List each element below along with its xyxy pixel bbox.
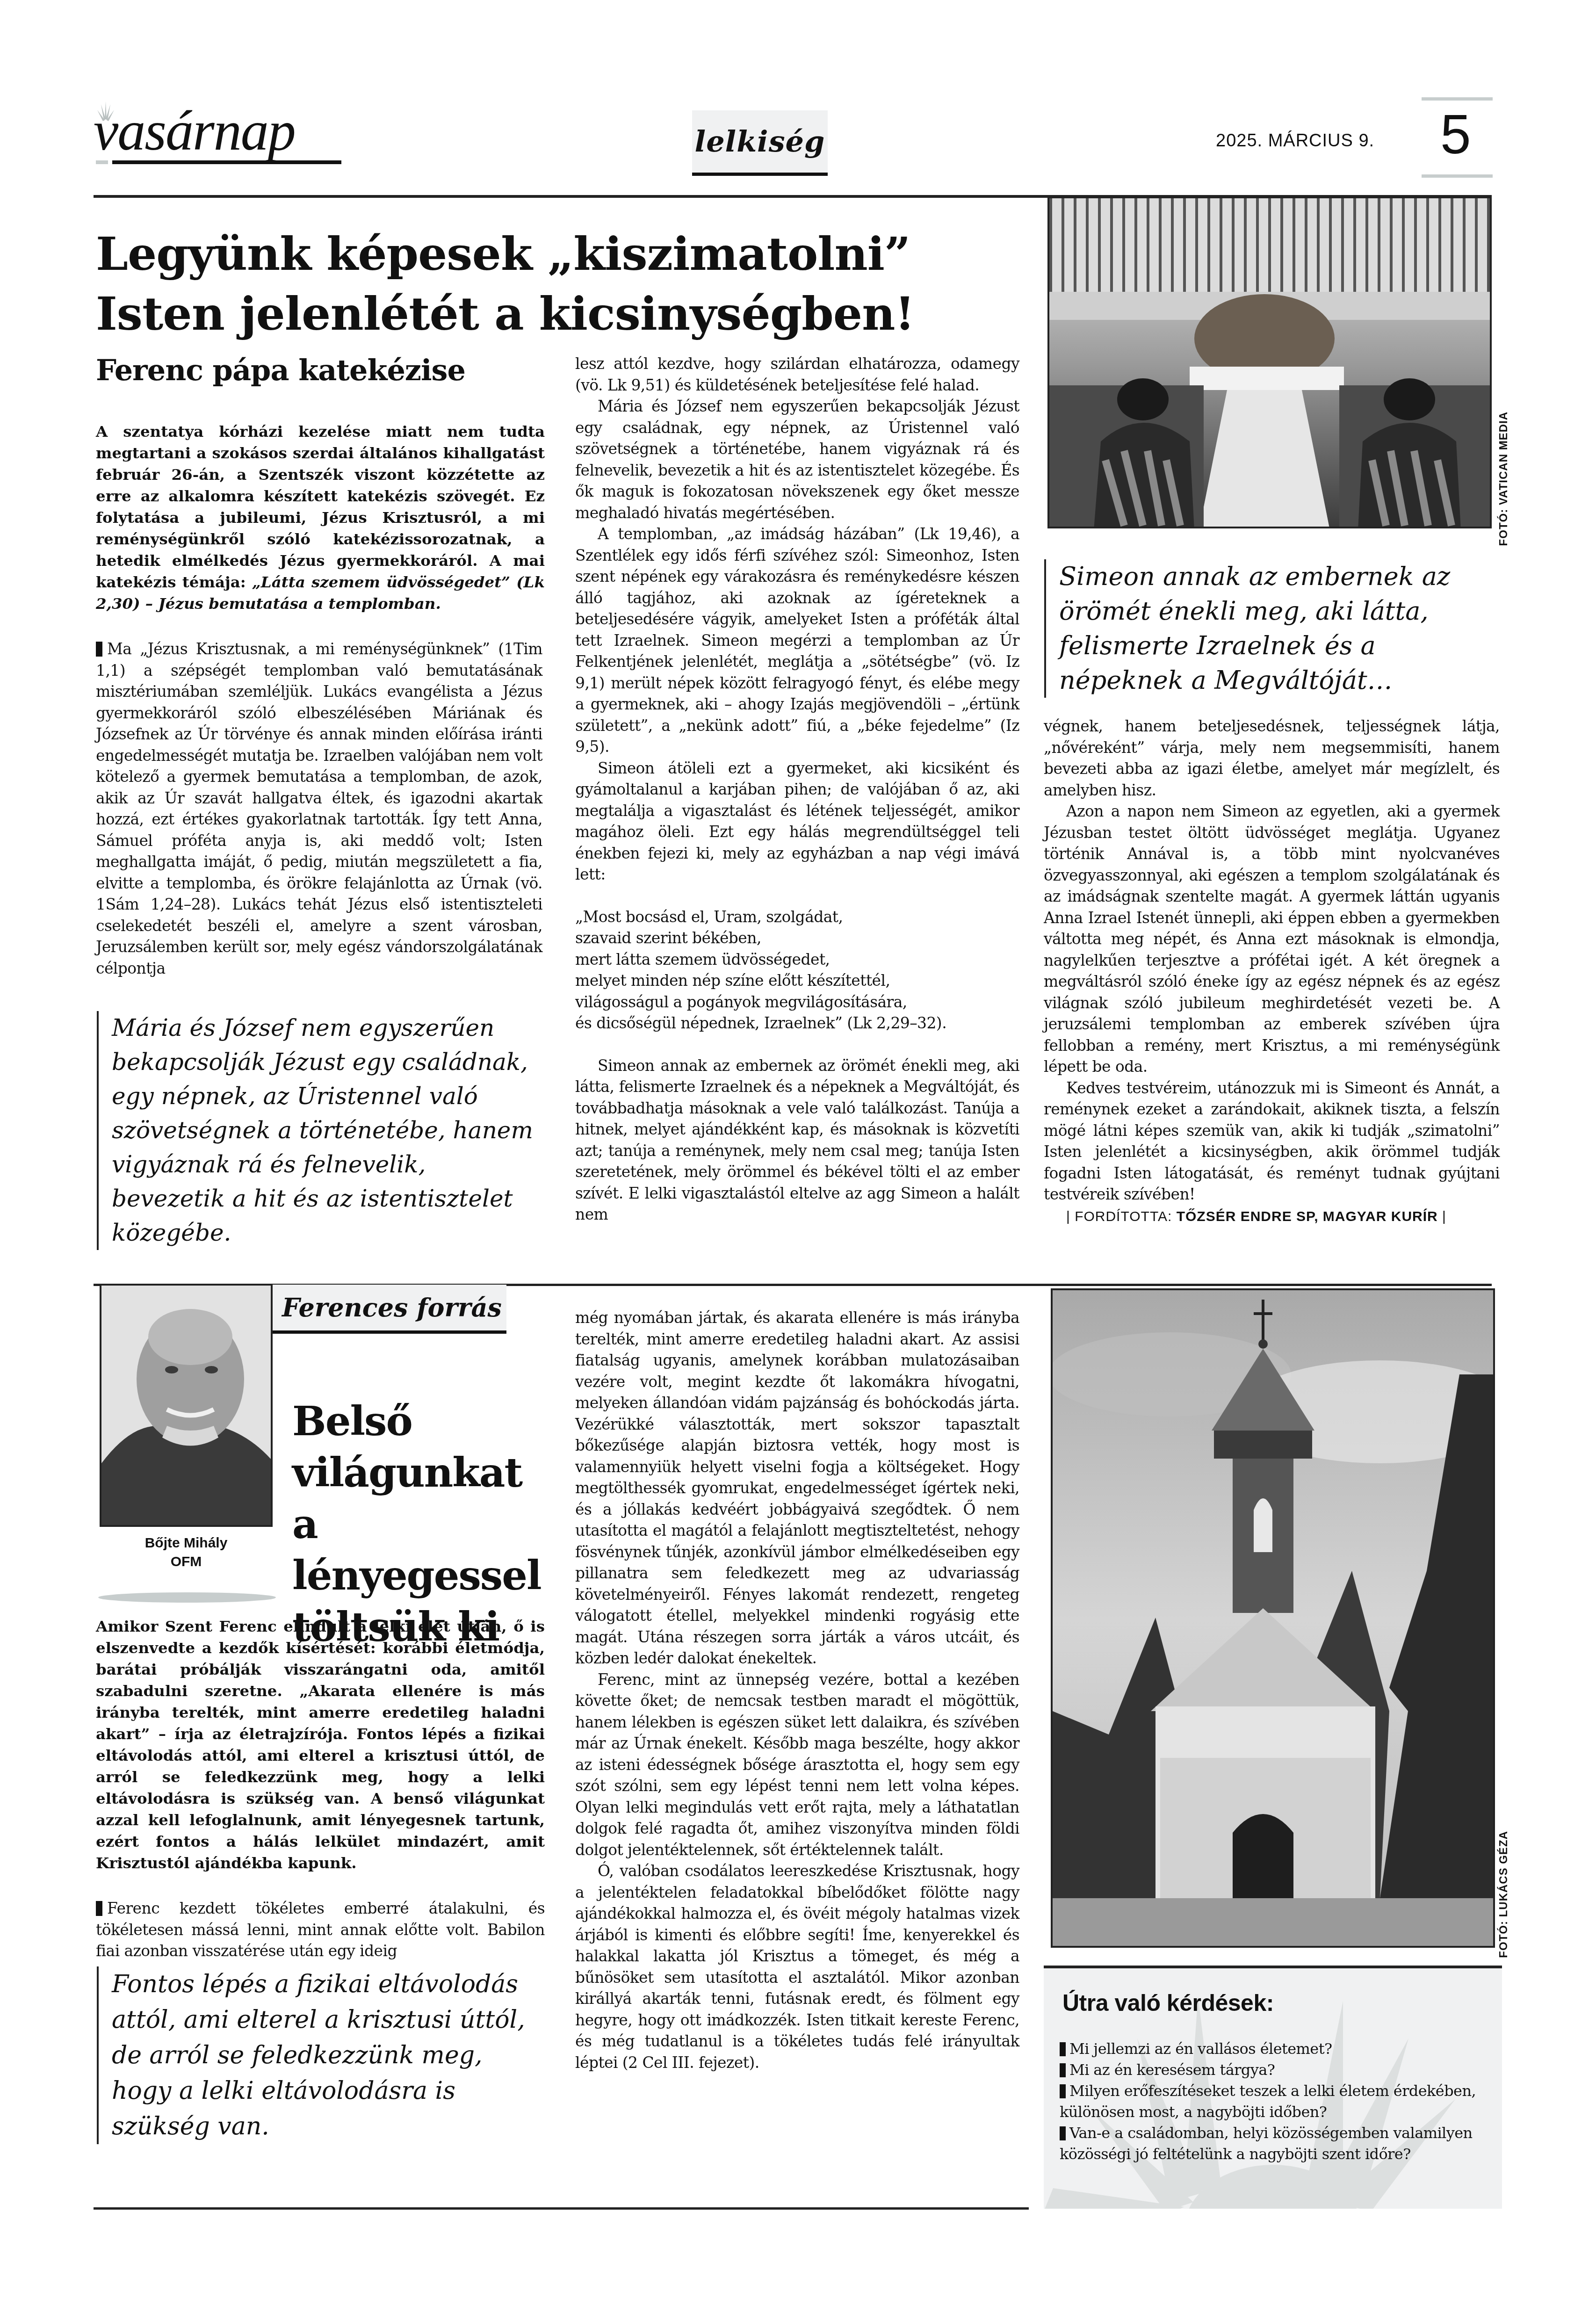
article-column-2: még nyomában jártak, és akarata ellenére… xyxy=(575,1307,1019,2073)
bullet-icon xyxy=(1060,2042,1066,2056)
paragraph: Simeon annak az embernek az örömét énekl… xyxy=(575,1055,1019,1225)
canticle-line: és dicsőségül népednek, Izraelnek” (Lk 2… xyxy=(575,1012,1019,1034)
photo-credit: FOTÓ: VATICAN MEDIA xyxy=(1497,412,1510,546)
paragraph: Ferenc, mint az ünnepség vezére, bottal … xyxy=(575,1669,1019,1861)
paragraph: még nyomában jártak, és akarata ellenére… xyxy=(575,1307,1019,1669)
headline-line-1: Legyünk képesek „kiszimatolni” xyxy=(96,224,1031,284)
pull-quote: Simeon annak az embernek az örömét énekl… xyxy=(1044,559,1493,698)
article-subhead: Ferenc pápa katekézise xyxy=(96,352,465,389)
question-item: Mi jellemzi az én vallásos életemet? xyxy=(1060,2038,1490,2060)
paragraph: Simeon átöleli ezt a gyermeket, aki kics… xyxy=(575,758,1019,885)
paragraph-text: Ferenc kezdett tökéletes emberré átalaku… xyxy=(96,1899,545,1960)
paragraph: végnek, hanem beteljesedésnek, teljesség… xyxy=(1044,716,1500,801)
questions-title: Útra való kérdések: xyxy=(1062,1989,1274,2016)
question-item: Van-e a családomban, helyi közösségemben… xyxy=(1060,2123,1490,2165)
paragraph: Kedves testvéreim, utánozzuk mi is Simeo… xyxy=(1044,1077,1500,1205)
credit-name: TŐZSÉR ENDRE SP, MAGYAR KURÍR xyxy=(1177,1209,1438,1224)
author-portrait xyxy=(100,1284,273,1527)
canticle-line: „Most bocsásd el, Uram, szolgádat, xyxy=(575,906,1019,928)
article-headline: Legyünk képesek „kiszimatolni” Isten jel… xyxy=(96,224,1031,344)
canticle-quote: „Most bocsásd el, Uram, szolgádat, szava… xyxy=(575,906,1019,1034)
section-tag: lelkiség xyxy=(692,110,828,176)
author-photo xyxy=(101,1286,273,1527)
bullet-icon xyxy=(1060,2126,1066,2140)
article-column-2: lesz attól kezdve, hogy szilárdan elhatá… xyxy=(575,353,1019,1225)
paragraph: Azon a napon nem Simeon az egyetlen, aki… xyxy=(1044,801,1500,1077)
photo-credit: FOTÓ: LUKÁCS GÉZA xyxy=(1497,1831,1510,1958)
credit-label: | FORDÍTOTTA: xyxy=(1066,1209,1177,1224)
credit-end: | xyxy=(1438,1209,1446,1224)
paragraph: A templomban, „az imádság házában” (Lk 1… xyxy=(575,523,1019,758)
pull-quote: Mária és József nem egyszerűen bekapcsol… xyxy=(97,1011,543,1250)
author-order: OFM xyxy=(100,1553,273,1571)
translator-credit: | FORDÍTOTTA: TŐZSÉR ENDRE SP, MAGYAR KU… xyxy=(1044,1206,1500,1228)
caption-underline xyxy=(98,1592,276,1603)
issue-date: 2025. MÁRCIUS 9. xyxy=(1216,131,1374,151)
paragraph: Ma „Jézus Krisztusnak, a mi reménységünk… xyxy=(96,638,542,979)
photo-chapel xyxy=(1051,1288,1495,1948)
article-column-1: Ferenc kezdett tökéletes emberré átalaku… xyxy=(96,1898,545,1962)
logo-text: vasárnap xyxy=(94,101,295,161)
photo-audience-hall xyxy=(1047,196,1492,528)
series-tag: Ferences forrás xyxy=(273,1285,506,1334)
canticle-line: világosságul a pogányok megvilágosításár… xyxy=(575,991,1019,1013)
paragraph: Ó, valóban csodálatos leereszkedése Kris… xyxy=(575,1860,1019,2073)
canticle-line: szavaid szerint békében, xyxy=(575,927,1019,949)
question-item: Mi az én keresésem tárgya? xyxy=(1060,2060,1490,2081)
audience-hall-image xyxy=(1049,198,1492,528)
article-column-1: Ma „Jézus Krisztusnak, a mi reménységünk… xyxy=(96,638,542,979)
article-lead: A szentatya kórházi kezelése miatt nem t… xyxy=(96,421,545,614)
lead-text: A szentatya kórházi kezelése miatt nem t… xyxy=(96,422,545,591)
canticle-line: melyet minden nép színe előtt készítetté… xyxy=(575,970,1019,991)
paragraph-text: Ma „Jézus Krisztusnak, a mi reménységünk… xyxy=(96,640,542,977)
series-label: Ferences forrás xyxy=(282,1293,502,1323)
article-headline: Belső világunkat a lényegessel töltsük k… xyxy=(292,1396,554,1653)
canticle-line: mert látta szemem üdvösségedet, xyxy=(575,949,1019,970)
footer-rule xyxy=(94,2207,1029,2210)
masthead-logo[interactable]: vasárnap xyxy=(94,101,355,171)
headline-line-2: Isten jelenlétét a kicsinységben! xyxy=(96,284,1031,344)
paragraph: lesz attól kezdve, hogy szilárdan elhatá… xyxy=(575,353,1019,396)
chapel-image xyxy=(1053,1290,1495,1948)
paragraph-marker-icon xyxy=(96,642,102,657)
reflection-questions-box: Útra való kérdések: Mi jellemzi az én va… xyxy=(1044,1966,1502,2209)
question-text: Milyen erőfeszítéseket teszek a lelki él… xyxy=(1060,2082,1476,2121)
author-caption: Bőjte Mihály OFM xyxy=(100,1534,273,1571)
paragraph-marker-icon xyxy=(96,1901,102,1916)
page-number: 5 xyxy=(1440,107,1471,163)
logo-accent xyxy=(96,160,108,164)
question-text: Van-e a családomban, helyi közösségemben… xyxy=(1060,2124,1472,2163)
question-text: Mi jellemzi az én vallásos életemet? xyxy=(1069,2040,1332,2058)
spacer xyxy=(575,1034,1019,1055)
spacer xyxy=(575,885,1019,906)
article-column-3: végnek, hanem beteljesedésnek, teljesség… xyxy=(1044,716,1500,1227)
questions-list: Mi jellemzi az én vallásos életemet? Mi … xyxy=(1060,2038,1490,2165)
bullet-icon xyxy=(1060,2084,1066,2098)
author-name: Bőjte Mihály xyxy=(100,1534,273,1553)
article-lead: Amikor Szent Ferenc elindult a lelki éle… xyxy=(96,1616,545,1874)
question-item: Milyen erőfeszítéseket teszek a lelki él… xyxy=(1060,2081,1490,2123)
paragraph: Mária és József nem egyszerűen bekapcsol… xyxy=(575,396,1019,523)
logo-underline xyxy=(112,160,341,164)
paragraph: Ferenc kezdett tökéletes emberré átalaku… xyxy=(96,1898,545,1962)
bullet-icon xyxy=(1060,2063,1066,2077)
question-text: Mi az én keresésem tárgya? xyxy=(1069,2061,1275,2079)
section-label: lelkiség xyxy=(695,124,825,159)
pull-quote: Fontos lépés a fizikai eltávolodás attól… xyxy=(97,1966,543,2144)
